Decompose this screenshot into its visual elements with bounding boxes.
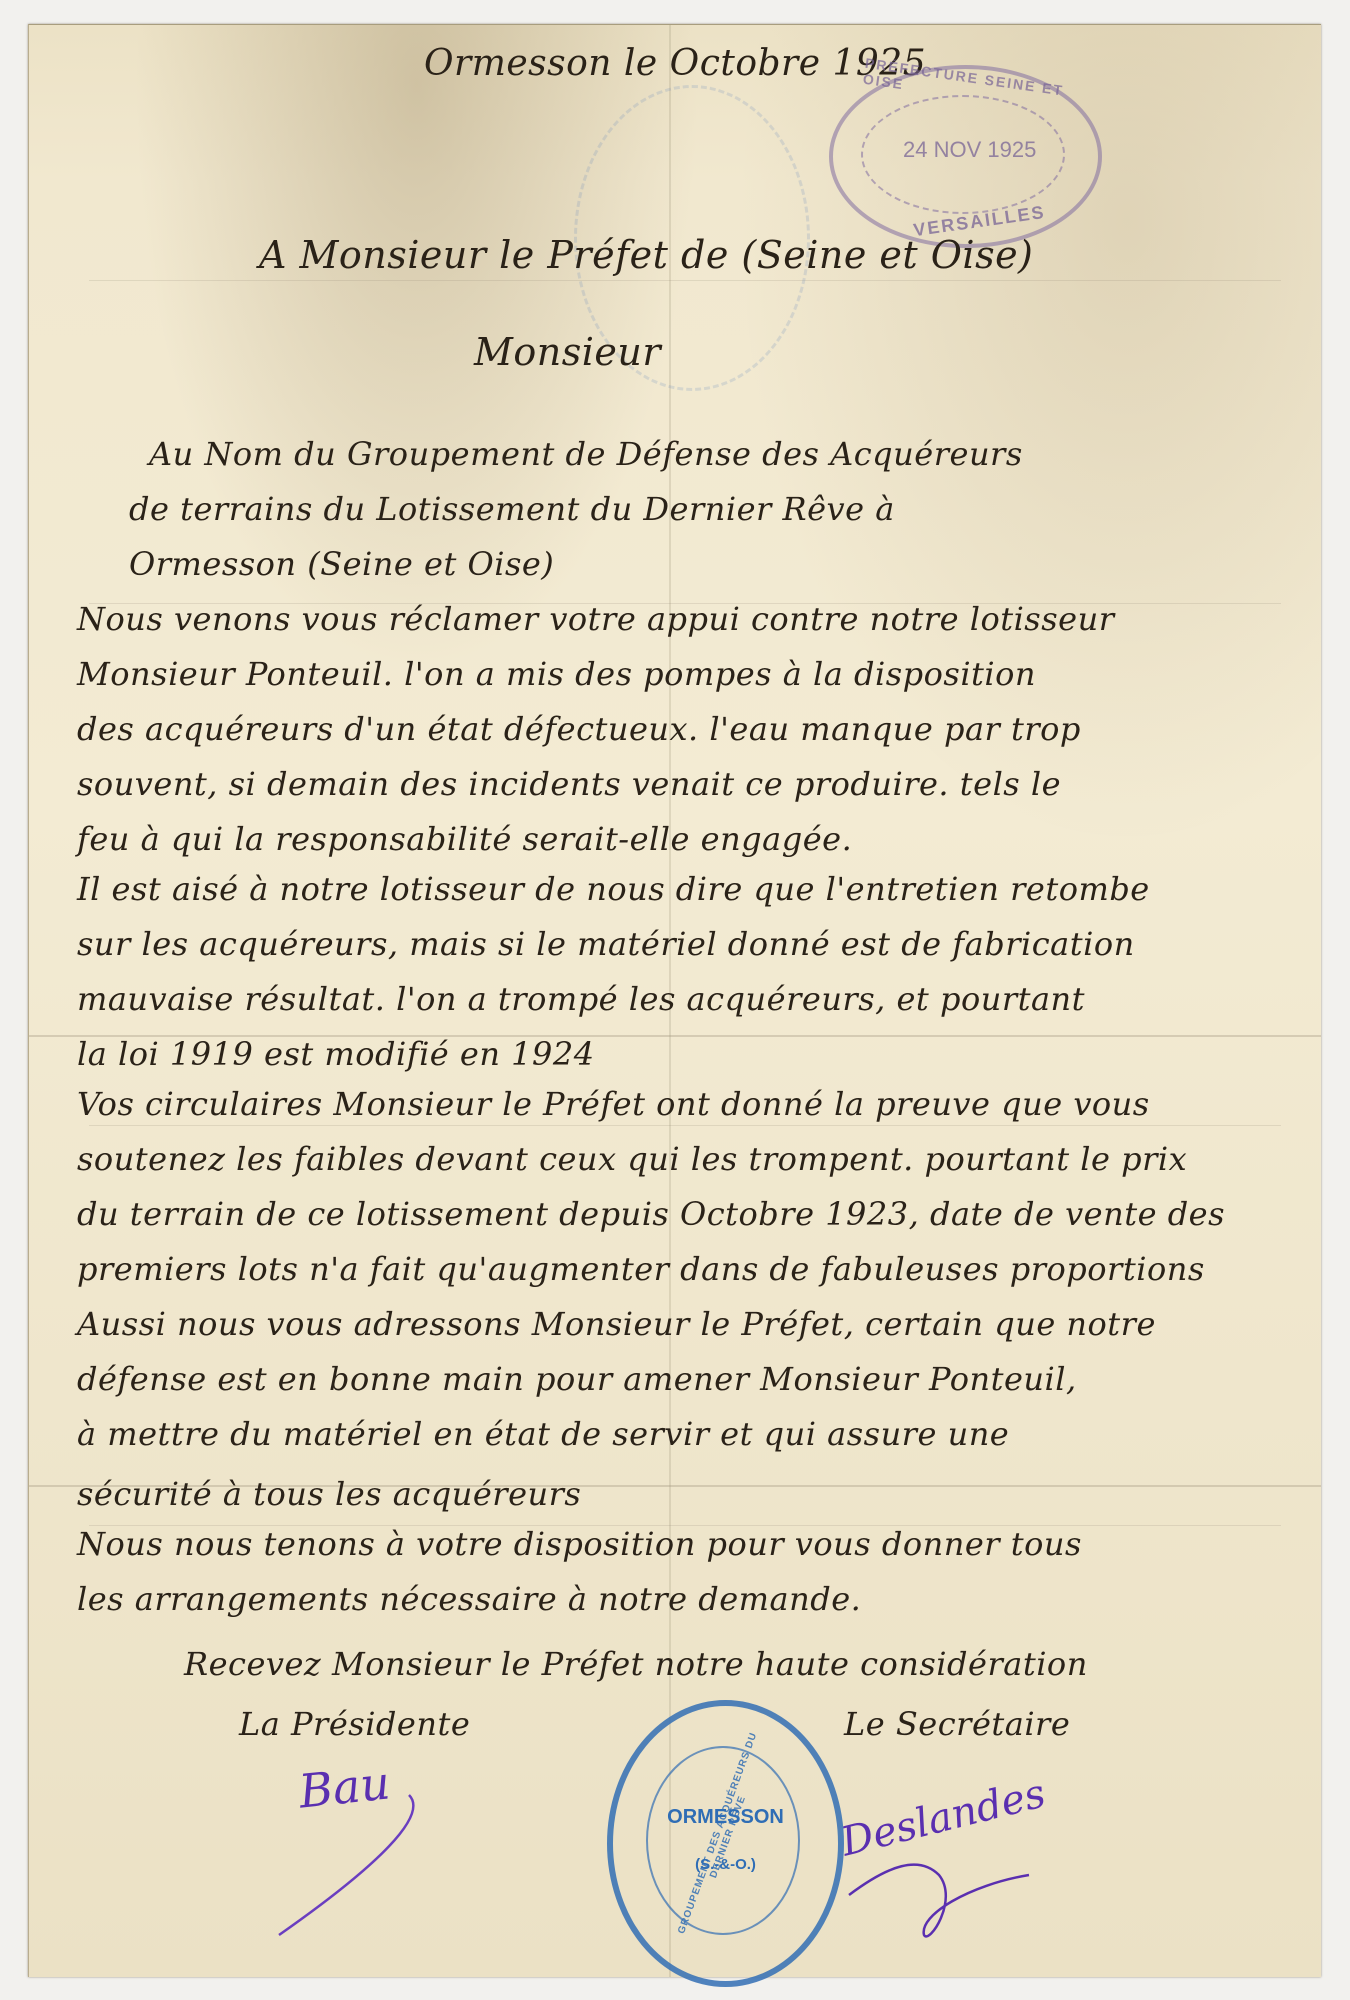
prefecture-stamp-date: 24 NOV 1925: [903, 137, 1036, 163]
body-line: du terrain de ce lotissement depuis Octo…: [77, 1195, 1225, 1233]
salutation: Monsieur: [474, 330, 661, 374]
body-line: Au Nom du Groupement de Défense des Acqu…: [149, 435, 1023, 473]
date-line: Ormesson le Octobre 1925: [424, 43, 926, 84]
body-line: des acquéreurs d'un état défectueux. l'e…: [77, 710, 1081, 748]
body-line: Il est aisé à notre lotisseur de nous di…: [77, 870, 1150, 908]
prefecture-stamp: PRÉFECTURE SEINE ET OISE 24 NOV 1925 VER…: [829, 65, 1102, 248]
body-line: à mettre du matériel en état de servir e…: [77, 1415, 1009, 1453]
president-signature-flourish: [259, 1785, 459, 1945]
body-line: Nous venons vous réclamer votre appui co…: [77, 600, 1114, 638]
president-label: La Présidente: [239, 1705, 470, 1743]
body-line: Nous nous tenons à votre disposition pou…: [77, 1525, 1082, 1563]
association-seal: GROUPEMENT DES ACQUÉREURS DU DERNIER RÊV…: [607, 1700, 844, 1987]
secretary-label: Le Secrétaire: [844, 1705, 1070, 1743]
letter-paper: Ormesson le Octobre 1925 PRÉFECTURE SEIN…: [28, 24, 1321, 1977]
body-line: mauvaise résultat. l'on a trompé les acq…: [77, 980, 1085, 1018]
secretary-signature-flourish: [829, 1815, 1059, 1955]
body-line: soutenez les faibles devant ceux qui les…: [77, 1140, 1187, 1178]
body-line: premiers lots n'a fait qu'augmenter dans…: [77, 1250, 1205, 1288]
ruled-line: [89, 1125, 1281, 1126]
recipient-line: A Monsieur le Préfet de (Seine et Oise): [259, 233, 1033, 277]
association-seal-center-text: ORMESSON: [613, 1806, 838, 1829]
body-line: la loi 1919 est modifié en 1924: [77, 1035, 595, 1073]
body-line: de terrains du Lotissement du Dernier Rê…: [129, 490, 895, 528]
body-line: défense est en bonne main pour amener Mo…: [77, 1360, 1077, 1398]
body-line: souvent, si demain des incidents venait …: [77, 765, 1061, 803]
association-seal-sub-text: (S.-&-O.): [613, 1856, 838, 1873]
body-line: Monsieur Ponteuil. l'on a mis des pompes…: [77, 655, 1036, 693]
body-line: sécurité à tous les acquéreurs: [77, 1475, 581, 1513]
body-line: Vos circulaires Monsieur le Préfet ont d…: [77, 1085, 1150, 1123]
body-line: feu à qui la responsabilité serait-elle …: [77, 820, 852, 858]
body-line: sur les acquéreurs, mais si le matériel …: [77, 925, 1135, 963]
body-line: les arrangements nécessaire à notre dema…: [77, 1580, 861, 1618]
body-line: Aussi nous vous adressons Monsieur le Pr…: [77, 1305, 1156, 1343]
body-line: Ormesson (Seine et Oise): [129, 545, 554, 583]
closing-line: Recevez Monsieur le Préfet notre haute c…: [184, 1645, 1088, 1683]
